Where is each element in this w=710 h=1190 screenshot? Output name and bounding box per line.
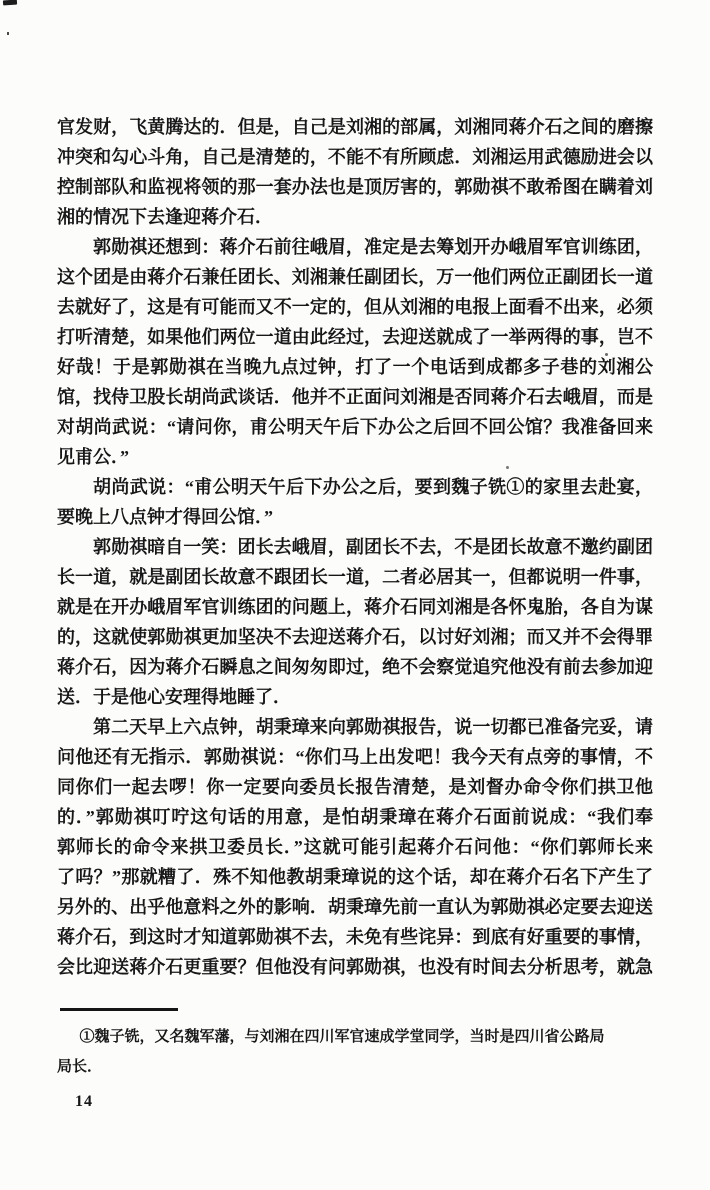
text-line: 控制部队和监视将领的那一套办法也是顶厉害的，郭勋祺不敢希图在瞒着刘	[57, 172, 653, 202]
text-line: 就是在开办峨眉军官训练团的问题上，蒋介石同刘湘是各怀鬼胎，各自为谋	[57, 592, 653, 622]
text-line: 蒋介石，因为蒋介石瞬息之间匆匆即过，绝不会察觉追究他没有前去参加迎	[57, 652, 653, 682]
text-line: 要晚上八点钟才得回公馆．”	[57, 502, 653, 532]
text-line: 好哉！于是郭勋祺在当晚九点过钟，打了一个电话到成都多子巷的刘湘公	[57, 352, 653, 382]
page-number: 14	[75, 1093, 93, 1111]
scan-smudge	[3, 0, 17, 5]
text-line: 冲突和勾心斗角，自己是清楚的，不能不有所顾虑．刘湘运用武德励进会以	[57, 142, 653, 172]
text-line: 了吗？”那就糟了．殊不知他教胡秉璋说的这个话，却在蒋介石名下产生了	[57, 862, 653, 892]
text-line: 官发财，飞黄腾达的．但是，自己是刘湘的部属，刘湘同蒋介石之间的磨擦	[57, 112, 653, 142]
footnote: ①魏子铣，又名魏军藩，与刘湘在四川军官速成学堂同学，当时是四川省公路局 局长．	[57, 1022, 653, 1082]
text-line: 长一道，就是副团长故意不跟团长一道，二者必居其一，但都说明一件事，	[57, 562, 653, 592]
text-line: 郭勋祺还想到：蒋介石前往峨眉，准定是去筹划开办峨眉军官训练团，	[57, 232, 653, 262]
text-line: 同你们一起去啰！你一定要向委员长报告清楚，是刘督办命令你们拱卫他	[57, 772, 653, 802]
text-line: 的．”郭勋祺叮咛这句话的用意，是怕胡秉璋在蒋介石面前说成：“我们奉	[57, 802, 653, 832]
book-page: 官发财，飞黄腾达的．但是，自己是刘湘的部属，刘湘同蒋介石之间的磨擦 冲突和勾心斗…	[0, 0, 710, 1190]
text-line: 另外的、出乎他意料之外的影响．胡秉璋先前一直认为郭勋祺必定要去迎送	[57, 892, 653, 922]
text-line: 问他还有无指示．郭勋祺说：“你们马上出发吧！我今天有点旁的事情，不	[57, 742, 653, 772]
scan-speck	[7, 32, 9, 35]
footnote-line: 局长．	[57, 1052, 653, 1082]
text-line: 这个团是由蒋介石兼任团长、刘湘兼任副团长，万一他们两位正副团长一道	[57, 262, 653, 292]
text-line: 会比迎送蒋介石更重要？但他没有问郭勋祺，也没有时间去分析思考，就急	[57, 952, 653, 982]
text-line: 的，这就使郭勋祺更加坚决不去迎送蒋介石，以讨好刘湘；而又并不会得罪	[57, 622, 653, 652]
footnote-divider	[60, 1008, 178, 1011]
text-line: 馆，找侍卫股长胡尚武谈话．他并不正面问刘湘是否同蒋介石去峨眉，而是	[57, 382, 653, 412]
text-line: 见甫公．”	[57, 442, 653, 472]
text-line: 湘的情况下去逢迎蒋介石．	[57, 202, 653, 232]
text-line: 胡尚武说：“甫公明天午后下办公之后，要到魏子铣①的家里去赴宴，	[57, 472, 653, 502]
footnote-line: ①魏子铣，又名魏军藩，与刘湘在四川军官速成学堂同学，当时是四川省公路局	[57, 1022, 653, 1052]
text-line: 第二天早上六点钟，胡秉璋来向郭勋祺报告，说一切都已准备完妥，请	[57, 712, 653, 742]
text-line: 去就好了，这是有可能而又不一定的，但从刘湘的电报上面看不出来，必须	[57, 292, 653, 322]
text-line: 送．于是他心安理得地睡了．	[57, 682, 653, 712]
body-text: 官发财，飞黄腾达的．但是，自己是刘湘的部属，刘湘同蒋介石之间的磨擦 冲突和勾心斗…	[57, 112, 653, 982]
text-line: 蒋介石，到这时才知道郭勋祺不去，未免有些诧异：到底有好重要的事情，	[57, 922, 653, 952]
text-line: 郭师长的命令来拱卫委员长．”这就可能引起蒋介石问他：“你们郭师长来	[57, 832, 653, 862]
text-line: 打听清楚，如果他们两位一道由此经过，去迎送就成了一举两得的事，岂不	[57, 322, 653, 352]
text-line: 对胡尚武说：“请问你，甫公明天午后下办公之后回不回公馆？我准备回来	[57, 412, 653, 442]
text-line: 郭勋祺暗自一笑：团长去峨眉，副团长不去，不是团长故意不邀约副团	[57, 532, 653, 562]
